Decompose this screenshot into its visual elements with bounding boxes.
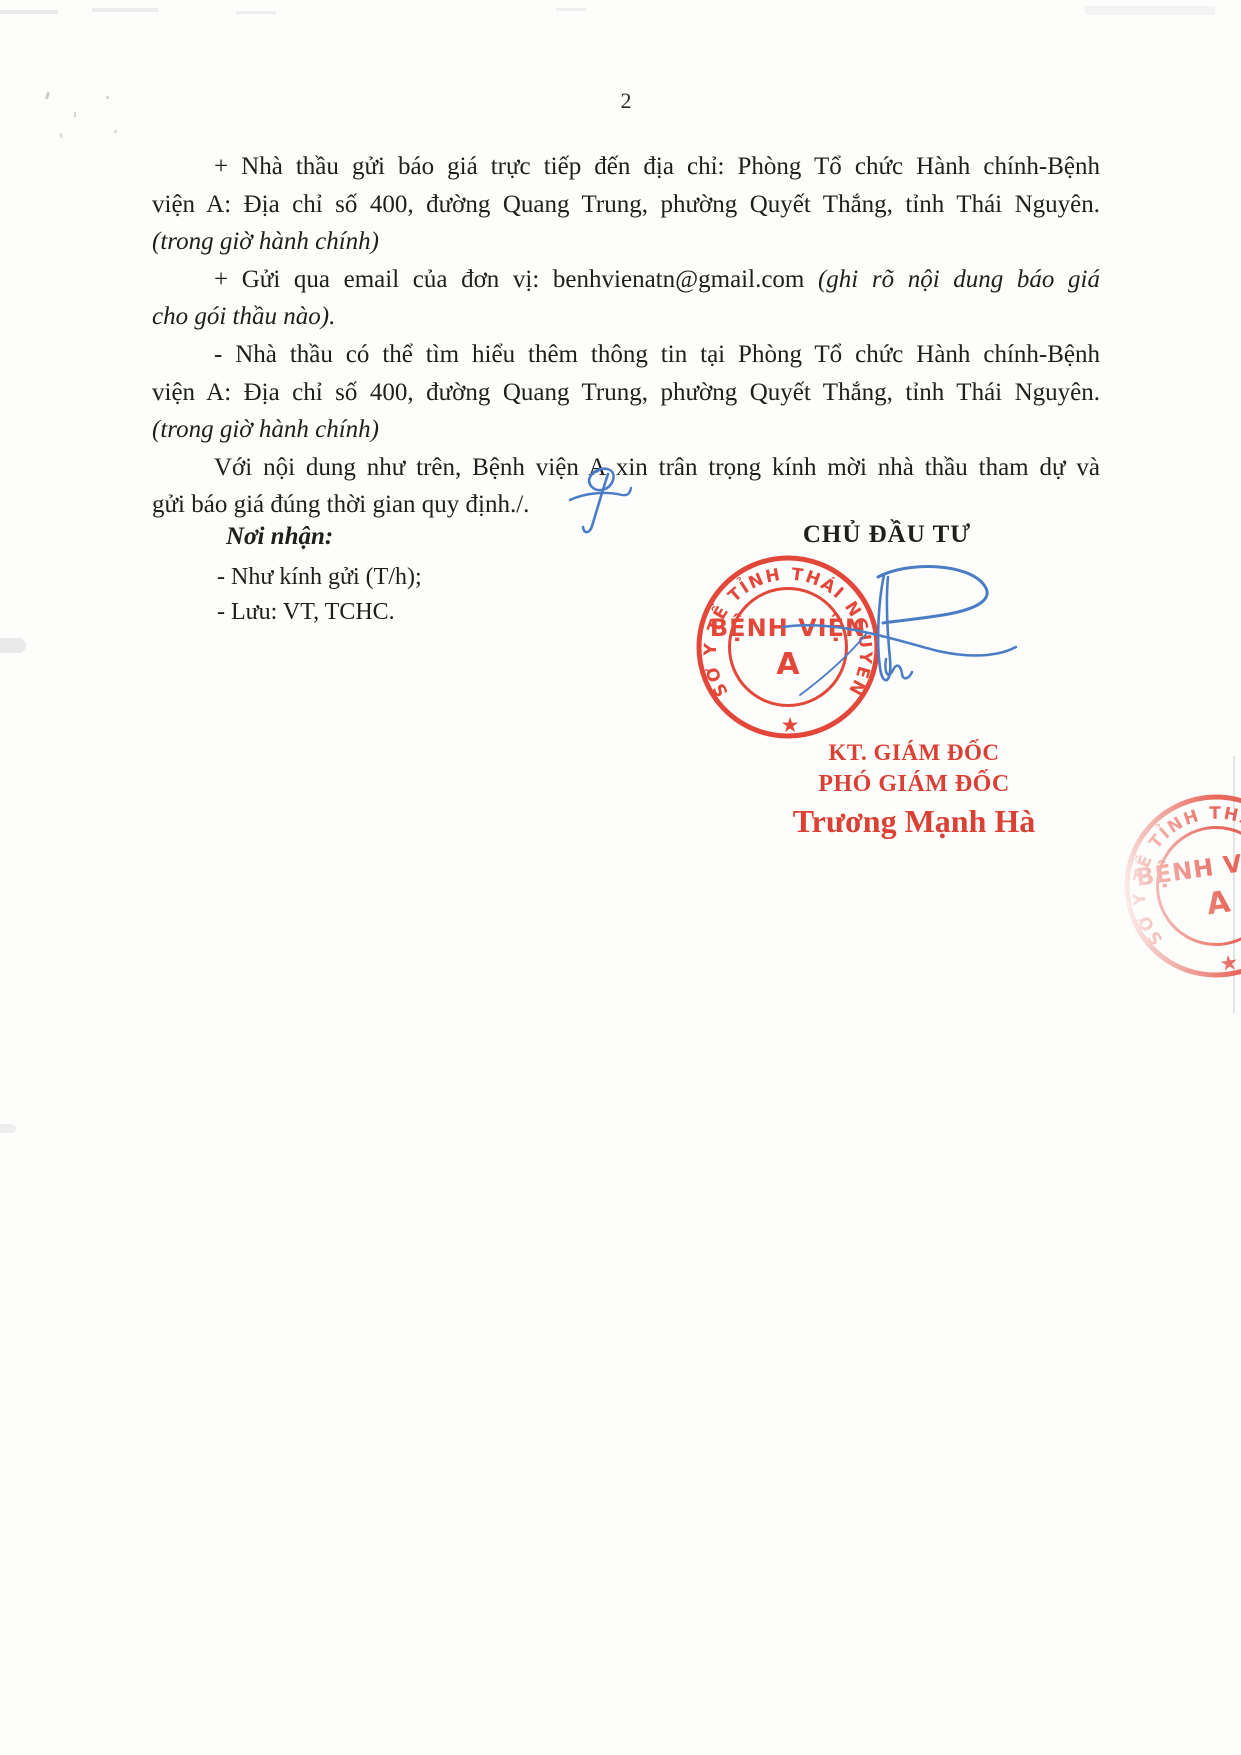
scan-artifact [92,8,158,12]
body-line: cho gói thầu nào). [152,298,1100,336]
initial-signature [550,460,645,545]
body-line: + Gửi qua email của đơn vị: benhvienatn@… [152,261,1100,299]
body-segment: viện A: Địa chỉ số 400, đường Quang Trun… [152,379,1100,406]
scan-artifact [556,8,586,11]
stamp-center-letter: A [1205,884,1234,922]
scan-artifact [0,1124,16,1133]
partial-hospital-stamp: SỞ Y TẾ TỈNH THÁI NGUYÊN BỆNH VIỆN A ★ [1103,773,1241,999]
body-segment-italic: (trong giờ hành chính) [152,228,379,255]
body-line: + Nhà thầu gửi báo giá trực tiếp đến địa… [152,148,1100,186]
scan-artifact [74,112,76,117]
scan-artifact [45,92,50,100]
body-segment: + Nhà thầu gửi báo giá trực tiếp đến địa… [214,153,1100,180]
page-number: 2 [596,88,656,114]
body-segment: gửi báo giá đúng thời gian quy định./. [152,491,529,518]
scanned-document-page: 2 + Nhà thầu gửi báo giá trực tiếp đến đ… [0,0,1241,1755]
body-line: viện A: Địa chỉ số 400, đường Quang Trun… [152,186,1100,224]
scan-artifact [0,10,58,14]
investor-title: CHỦ ĐẦU TƯ [752,521,1022,549]
body-segment: viện A: Địa chỉ số 400, đường Quang Trun… [152,191,1100,218]
stamp-star-icon: ★ [781,713,800,737]
director-signature [728,553,1028,713]
signer-position-2: PHÓ GIÁM ĐỐC [758,771,1070,798]
signer-name: Trương Mạnh Hà [758,803,1070,840]
scan-artifact [236,11,276,14]
body-segment-italic: (trong giờ hành chính) [152,416,379,443]
body-line: - Nhà thầu có thể tìm hiểu thêm thông ti… [152,336,1100,374]
body-line: (trong giờ hành chính) [152,411,1100,449]
recipient-item: - Như kính gửi (T/h); [217,560,422,595]
body-segment: Với nội dung như trên, Bệnh viện A xin t… [214,454,1100,481]
scan-artifact [106,96,109,99]
recipients-heading: Nơi nhận: [217,523,422,551]
body-segment-italic: (ghi rõ nội dung báo giá [818,266,1100,293]
body-segment: + Gửi qua email của đơn vị: benhvienatn@… [214,266,818,293]
body-line: (trong giờ hành chính) [152,223,1100,261]
body-segment-italic: cho gói thầu nào). [152,303,335,330]
body-line: viện A: Địa chỉ số 400, đường Quang Trun… [152,374,1100,412]
scan-artifact [59,133,63,138]
stamp-star-icon: ★ [1218,950,1240,976]
scan-artifact [1085,6,1215,15]
recipients-list: - Như kính gửi (T/h);- Lưu: VT, TCHC. [217,560,422,630]
recipient-item: - Lưu: VT, TCHC. [217,595,422,630]
scan-artifact [0,638,26,653]
recipients-block: Nơi nhận: - Như kính gửi (T/h);- Lưu: VT… [217,523,422,630]
signer-titles: KT. GIÁM ĐỐC PHÓ GIÁM ĐỐC Trương Mạnh Hà [758,740,1070,840]
signer-position-1: KT. GIÁM ĐỐC [758,740,1070,766]
scan-artifact [114,130,117,133]
body-segment: - Nhà thầu có thể tìm hiểu thêm thông ti… [214,341,1100,368]
